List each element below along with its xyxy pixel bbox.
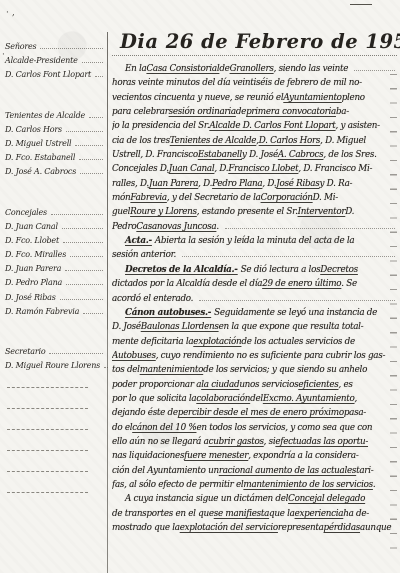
margin-entry: D. Fco. Miralles <box>5 248 104 262</box>
dotted-leader <box>75 145 103 146</box>
margin-person-name: D. Carlos Hors <box>5 123 62 137</box>
margin-role-label: Señores <box>5 40 36 54</box>
text-line: sesión anterior. <box>112 248 397 262</box>
underlined-phrase: Alcalde D. Carlos Font Llopart <box>209 119 335 133</box>
margin-entry: D. Miguel Ustrell <box>5 137 104 151</box>
margin-person-name: D. Miguel Roure Llorens <box>5 359 100 373</box>
dotted-filler-line <box>182 256 395 257</box>
text-line: mostrado que la explotación del servicio… <box>112 521 397 535</box>
margin-entry: D. Carlos Font Llopart <box>5 68 104 82</box>
margin-person-name: D. Juan Canal <box>5 220 58 234</box>
text-line: ralles, D. Juan Parera, D. Pedro Plana, … <box>112 177 397 191</box>
underlined-phrase: colaboración <box>196 392 250 406</box>
underlined-phrase: Decretos <box>320 263 358 277</box>
margin-person-name: D. Miguel Ustrell <box>5 137 71 151</box>
underlined-phrase: Fabrevia <box>130 191 166 205</box>
margin-entry: D. Pedro Plana <box>5 276 104 290</box>
body-column: Dia 26 de Febrero de 1959 En la Casa Con… <box>112 26 397 535</box>
underlined-phrase: Granollers <box>230 62 274 76</box>
dotted-leader <box>63 242 103 243</box>
dotted-leader <box>80 173 103 174</box>
dotted-leader <box>60 299 103 300</box>
text-line: dictados por la Alcaldía desde el día 29… <box>112 277 397 291</box>
underlined-phrase: experiencia <box>295 507 344 521</box>
margin-person-name: D. Juan Parera <box>5 262 61 276</box>
margin-divider-line <box>107 32 108 573</box>
scan-artifact: ·‚ <box>6 8 18 18</box>
underlined-phrase: mantenimiento de los servicios <box>243 478 372 492</box>
dotted-leader <box>95 76 103 77</box>
text-line: cia de los tres Tenientes de Alcalde, D.… <box>112 134 397 148</box>
underlined-phrase: D. Carlos Hors <box>259 134 320 148</box>
text-line: món Fabrevia, y del Secretario de la Cor… <box>112 191 397 205</box>
dotted-leader <box>66 131 103 132</box>
underlined-phrase: Concejal delegado <box>288 492 365 506</box>
underlined-phrase: Excmo. Ayuntamiento <box>263 392 355 406</box>
text-line: ción del Ayuntamiento un racional aument… <box>112 464 397 478</box>
section-heading: Decretos de la Alcaldía.- <box>125 263 238 277</box>
dotted-leader <box>65 270 103 271</box>
text-line: Autobuses, cuyo rendimiento no es sufici… <box>112 349 397 363</box>
text-line: acordó el enterado. <box>112 292 397 306</box>
margin-entry: D. Fco. Estabanell <box>5 151 104 165</box>
dotted-leader <box>66 284 103 285</box>
text-line: jo la presidencia del Sr. Alcalde D. Car… <box>112 119 397 133</box>
margin-entry: Alcalde-Presidente <box>5 54 104 68</box>
text-line: Pedro Casanovas Juncosa. <box>112 220 397 234</box>
underlined-phrase: percibir desde el mes de enero próximo <box>178 406 344 420</box>
underlined-phrase: sesión ordinaria <box>169 105 236 119</box>
margin-person-name: D. Fco. Miralles <box>5 248 66 262</box>
margin-blank-dash <box>5 478 104 499</box>
text-line: de transportes en el que se manifiesta q… <box>112 507 397 521</box>
underlined-phrase: explotación del servicio <box>180 521 278 535</box>
underlined-phrase: la ciudad <box>201 378 239 392</box>
margin-person-name: D. José Ribas <box>5 291 56 305</box>
margin-entry: Concejales <box>5 206 104 220</box>
underlined-phrase: cánon del 10 % <box>132 421 196 435</box>
underlined-phrase: Casa Consistorial <box>146 62 219 76</box>
page-title: Dia 26 de Febrero de 1959 <box>112 26 397 56</box>
dotted-leader <box>89 117 103 118</box>
text-line: mente deficitaria la explotación de los … <box>112 335 397 349</box>
section-heading: Acta.- <box>125 234 152 248</box>
text-line: D. José Baulonas Llordens en la que expo… <box>112 320 397 334</box>
margin-entry: D. Ramón Fabrevia <box>5 305 104 319</box>
text-line: fas, al sólo efecto de permitir el mante… <box>112 478 397 492</box>
margin-entry: D. José Ribas <box>5 291 104 305</box>
margin-role-label: Alcalde-Presidente <box>5 54 78 68</box>
underlined-phrase: Ayuntamiento <box>283 91 341 105</box>
underlined-phrase: Tenientes de Alcalde <box>170 134 256 148</box>
margin-entry: D. Juan Canal <box>5 220 104 234</box>
underlined-phrase: Pedro Plana <box>212 177 262 191</box>
text-line: para celebrar sesión ordinaria de primer… <box>112 105 397 119</box>
margin-entry: D. Juan Parera <box>5 262 104 276</box>
margin-gap <box>5 319 104 345</box>
dotted-filler-line <box>199 300 395 301</box>
margin-blank-dash <box>5 457 104 478</box>
text-line: poder proporcionar a la ciudad unos serv… <box>112 378 397 392</box>
underlined-phrase: primera convocatoria <box>246 105 336 119</box>
text-line: horas veinte minutos del día veintiséis … <box>112 76 397 90</box>
margin-person-name: D. Fco. Estabanell <box>5 151 75 165</box>
underlined-phrase: Juan Parera <box>149 177 198 191</box>
dotted-leader <box>49 353 103 354</box>
margin-entry: D. Fco. Llobet <box>5 234 104 248</box>
margin-gap <box>5 180 104 206</box>
text-line: Decretos de la Alcaldía.-Se dió lectura … <box>112 263 397 277</box>
underlined-phrase: se manifiesta <box>214 507 269 521</box>
underlined-phrase: eficientes <box>298 378 338 392</box>
margin-person-name: D. Carlos Font Llopart <box>5 68 91 82</box>
underlined-phrase: efectuadas las oportu- <box>275 435 368 449</box>
scan-artifact <box>350 4 372 5</box>
dotted-leader <box>79 159 103 160</box>
text-line: Cánon autobuses.-Seguidamente se leyó un… <box>112 306 397 320</box>
dotted-leader <box>104 367 108 368</box>
underlined-phrase: fuere menester <box>184 449 248 463</box>
margin-blank-dash <box>5 415 104 436</box>
underlined-phrase: Autobuses <box>112 349 156 363</box>
text-line: Concejales D. Juan Canal, D. Francisco L… <box>112 162 397 176</box>
underlined-phrase: Francisco Llobet <box>228 162 298 176</box>
margin-person-name: D. José A. Cabrocs <box>5 165 76 179</box>
underlined-phrase: Casanovas Juncosa <box>136 220 216 234</box>
dotted-filler-line <box>354 70 395 71</box>
text-line: guel Roure y Llorens, estando presente e… <box>112 205 397 219</box>
underlined-phrase: pérdidas <box>324 521 360 535</box>
underlined-phrase: explotación <box>193 335 241 349</box>
underlined-phrase: Interventor <box>298 205 346 219</box>
margin-role-label: Concejales <box>5 206 47 220</box>
margin-blank-dash <box>5 373 104 394</box>
margin-gap <box>5 83 104 109</box>
text-line: Ustrell, D. Francisco Estabanell y D. Jo… <box>112 148 397 162</box>
body-text: En la Casa Consistorial de Granollers, s… <box>112 62 397 535</box>
underlined-phrase: cubrir gastos <box>209 435 264 449</box>
underlined-phrase: 29 de enero último <box>262 277 341 291</box>
dotted-filler-line <box>225 228 395 229</box>
text-line: nas liquidaciones fuere menester, expond… <box>112 449 397 463</box>
margin-entry: Señores <box>5 40 104 54</box>
text-line: dejando éste de percibir desde el mes de… <box>112 406 397 420</box>
text-line: ello aún no se llegará a cubrir gastos, … <box>112 435 397 449</box>
underlined-phrase: Estabanell <box>198 148 242 162</box>
margin-entry: D. Miguel Roure Llorens <box>5 359 104 373</box>
underlined-phrase: Juan Canal <box>169 162 215 176</box>
margin-entry: D. Carlos Hors <box>5 123 104 137</box>
underlined-phrase: racional aumento de las actuales <box>219 464 356 478</box>
underlined-phrase: Baulonas Llordens <box>141 320 219 334</box>
text-line: vecientos cincuenta y nueve, se reunió e… <box>112 91 397 105</box>
margin-role-label: Secretario <box>5 345 45 359</box>
underlined-phrase: Roure y Llorens <box>130 205 197 219</box>
text-line: Acta.-Abierta la sesión y leída la minut… <box>112 234 397 248</box>
text-line: do el cánon del 10 % en todos los servic… <box>112 421 397 435</box>
text-line: En la Casa Consistorial de Granollers, s… <box>112 62 397 76</box>
underlined-phrase: Corporación <box>261 191 313 205</box>
dotted-leader <box>70 256 103 257</box>
margin-person-name: D. Pedro Plana <box>5 276 62 290</box>
dotted-leader <box>51 214 103 215</box>
dotted-leader <box>62 228 103 229</box>
text-line: por lo que solicita la colaboración del … <box>112 392 397 406</box>
underlined-phrase: mantenimiento <box>140 363 203 377</box>
dotted-leader <box>40 48 103 49</box>
section-heading: Cánon autobuses.- <box>125 306 211 320</box>
margin-person-name: D. Fco. Llobet <box>5 234 59 248</box>
text-line: A cuya instancia sigue un dictámen del C… <box>112 492 397 506</box>
margin-entry: D. José A. Cabrocs <box>5 165 104 179</box>
margin-role-label: Tenientes de Alcalde <box>5 109 85 123</box>
margin-entry: Tenientes de Alcalde <box>5 109 104 123</box>
margin-entry: Secretario <box>5 345 104 359</box>
margin-person-name: D. Ramón Fabrevia <box>5 305 79 319</box>
underlined-phrase: A. Cabrocs <box>278 148 324 162</box>
dotted-leader <box>83 313 103 314</box>
margin-blank-dash <box>5 394 104 415</box>
margin-column: SeñoresAlcalde-PresidenteD. Carlos Font … <box>5 40 104 499</box>
underlined-phrase: José Ribas <box>276 177 319 191</box>
text-line: tos del mantenimiento de los servicios; … <box>112 363 397 377</box>
scanned-minutes-page: ·‚ · SeñoresAlcalde-PresidenteD. Carlos … <box>0 0 400 573</box>
margin-blank-dash <box>5 436 104 457</box>
dotted-leader <box>82 62 103 63</box>
